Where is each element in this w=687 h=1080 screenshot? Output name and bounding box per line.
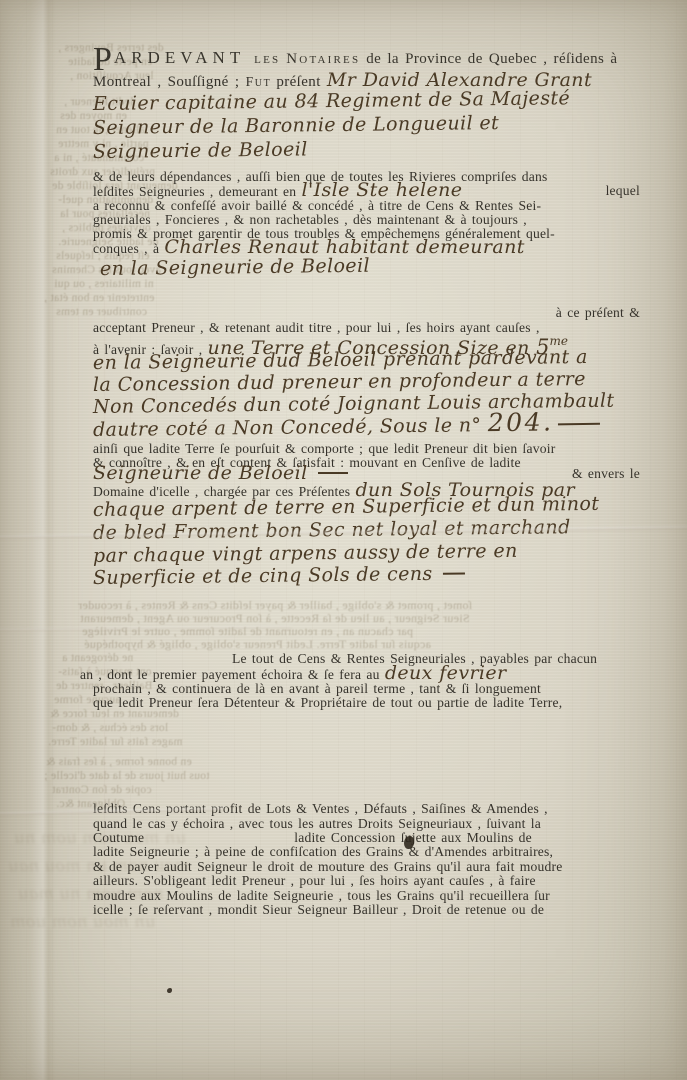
printed-text: Fut bbox=[246, 74, 277, 89]
printed-text: de la Province de Quebec , réſidens à bbox=[366, 51, 617, 67]
bleedthrough-fragment: Sieur Seigneur , au lieu de ſa Recette ,… bbox=[80, 611, 470, 626]
printed-text: ARDEVANT bbox=[114, 48, 254, 67]
printed-text: lequel bbox=[606, 183, 640, 198]
bleedthrough-fragment: tous huit jours de la date d'icelle ; bbox=[44, 770, 210, 782]
handwritten-line: Superficie et de cinq Sols de cens bbox=[93, 564, 640, 587]
horizontal-crease bbox=[0, 625, 292, 631]
printed-line: ailleurs. S'obligeant ledit Preneur , po… bbox=[93, 873, 640, 888]
bleedthrough-fragment: ſomet , promet & s'oblige , bailler & pa… bbox=[78, 598, 472, 613]
handwritten-line: en la Seigneurie de Beloeil bbox=[100, 255, 647, 278]
printed-line: leſdits Cens portant profit de Lots & Ve… bbox=[93, 801, 640, 816]
handwritten-line: Non Concedés dun coté Joignant Louis arc… bbox=[93, 393, 640, 416]
printed-text: leſdites Seigneuries , demeurant en bbox=[93, 184, 301, 199]
bleedthrough-fragment: lors des échus , & dom- bbox=[52, 722, 168, 734]
handwritten-line: Seigneur de la Baronnie de Longueuil et bbox=[93, 114, 640, 137]
bleedthrough-fragment: mages faits ſur ladite Terre. bbox=[48, 736, 182, 748]
pen-stroke-rule bbox=[318, 472, 348, 474]
printed-text: ladite Seigneurie ; à peine de confiſcat… bbox=[93, 844, 553, 859]
handwritten-text: Seigneurie de Beloeil bbox=[93, 138, 308, 163]
printed-line: & de payer audit Seigneur le droit de mo… bbox=[93, 859, 640, 874]
pen-stroke-rule bbox=[557, 423, 599, 426]
printed-text: préſent bbox=[276, 74, 327, 90]
printed-line: icelle ; ſe reſervant , mondit Sieur Sei… bbox=[93, 902, 640, 917]
printed-line: prochain , & continuera de là en avant à… bbox=[93, 681, 640, 696]
handwritten-text: Ecuier capitaine au 84 Regiment de Sa Ma… bbox=[93, 87, 570, 115]
handwritten-text: Superficie et de cinq Sols de cens bbox=[93, 563, 439, 589]
printed-text: an , dont le premier payement échoira & … bbox=[80, 667, 385, 682]
printed-text: Coutume bbox=[93, 830, 144, 845]
document-page: { "theme": { "paper": "#dbd6c7", "paper-… bbox=[0, 0, 687, 1080]
printed-line: acceptant Preneur , & retenant audit tit… bbox=[93, 320, 640, 335]
printed-text: gneuriales , Foncieres , & non rachetabl… bbox=[93, 212, 527, 227]
bleedthrough-fragment: entretenir en bon état , bbox=[44, 292, 154, 304]
handwritten-text: Seigneurie de Beloeil bbox=[93, 462, 314, 484]
printed-text: a reconnu & confeſſé avoir baillé & conc… bbox=[93, 198, 541, 213]
printed-text: moudre aux Moulins de ladite Seigneurie … bbox=[93, 888, 550, 903]
handwritten-line: Seigneurie de Beloeil bbox=[93, 138, 640, 161]
printed-text: leſdits Cens portant profit de Lots & Ve… bbox=[93, 801, 548, 816]
handwritten-text: 204. bbox=[488, 407, 554, 437]
printed-text: Montreal , Souſſigné ; bbox=[93, 74, 246, 90]
bleedthrough-fragment: copie de ſon Contrat bbox=[52, 784, 152, 796]
handwritten-line: de bled Froment bon Sec net loyal et mar… bbox=[93, 519, 640, 542]
handwritten-line: Ecuier capitaine au 84 Regiment de Sa Ma… bbox=[93, 90, 640, 113]
bleedthrough-fragment: ne dérogeant a bbox=[62, 652, 133, 664]
printed-text: acceptant Preneur , & retenant audit tit… bbox=[93, 320, 540, 335]
mixed-line: an , dont le premier payement échoira & … bbox=[80, 666, 627, 682]
printed-line: gneuriales , Foncieres , & non rachetabl… bbox=[93, 212, 640, 227]
pen-stroke-rule bbox=[443, 572, 465, 574]
handwritten-text: en la Seigneurie de Beloeil bbox=[100, 255, 370, 280]
printed-line: quand le cas y échoira , avec tous les a… bbox=[93, 816, 640, 831]
printed-text: quand le cas y échoira , avec tous les a… bbox=[93, 816, 541, 831]
printed-line: à ce préſent & bbox=[93, 305, 640, 320]
opening-line: PARDEVANT les Notaires de la Province de… bbox=[93, 50, 640, 70]
mixed-line: leſdites Seigneuries , demeurant en l'Is… bbox=[93, 183, 640, 199]
printed-text: & envers le bbox=[572, 466, 640, 481]
printed-line: ainſi que ladite Terre ſe pourſuit & com… bbox=[93, 441, 640, 456]
mixed-line: conques , à Charles Renaut habitant deme… bbox=[93, 240, 640, 256]
printed-line: a reconnu & confeſſé avoir baillé & conc… bbox=[93, 198, 640, 213]
printed-text: à ce préſent & bbox=[556, 305, 640, 320]
ink-speck bbox=[167, 988, 172, 993]
mixed-line: Coutumeladite Concession ſujette aux Mou… bbox=[93, 830, 640, 845]
handwritten-line: par chaque vingt arpens aussy de terre e… bbox=[93, 542, 640, 565]
printed-line: que ledit Preneur ſera Détenteur & Propr… bbox=[93, 695, 640, 710]
printed-line: ladite Seigneurie ; à peine de confiſcat… bbox=[93, 844, 640, 859]
handwritten-text: par chaque vingt arpens aussy de terre e… bbox=[93, 540, 518, 567]
printed-text: & de payer audit Seigneur le droit de mo… bbox=[93, 859, 562, 874]
printed-text: que ledit Preneur ſera Détenteur & Propr… bbox=[93, 695, 562, 710]
bleedthrough-fragment: en bonne forme , à ſes frais & bbox=[46, 756, 192, 768]
printed-text: icelle ; ſe reſervant , mondit Sieur Sei… bbox=[93, 902, 544, 917]
handwritten-text: Seigneur de la Baronnie de Longueuil et bbox=[93, 112, 499, 139]
handwritten-line: dautre coté a Non Concedé, Sous le n° 20… bbox=[93, 413, 640, 439]
printed-line: moudre aux Moulins de ladite Seigneurie … bbox=[93, 888, 640, 903]
printed-text: ailleurs. S'obligeant ledit Preneur , po… bbox=[93, 873, 536, 888]
printed-text: conques , à bbox=[93, 241, 164, 256]
bleedthrough-fragment: acquis ſur ladite Terre. Ledit Preneur s… bbox=[84, 637, 431, 652]
printed-text: ainſi que ladite Terre ſe pourſuit & com… bbox=[93, 441, 555, 456]
vertical-fold-shading bbox=[30, 0, 56, 1080]
printed-text: prochain , & continuera de là en avant à… bbox=[93, 681, 541, 696]
handwritten-text: dautre coté a Non Concedé, Sous le n° bbox=[93, 414, 488, 441]
bleedthrough-fragment: par chacun an , en retournant de ladite … bbox=[82, 624, 413, 639]
printed-text: les Notaires bbox=[254, 51, 366, 67]
